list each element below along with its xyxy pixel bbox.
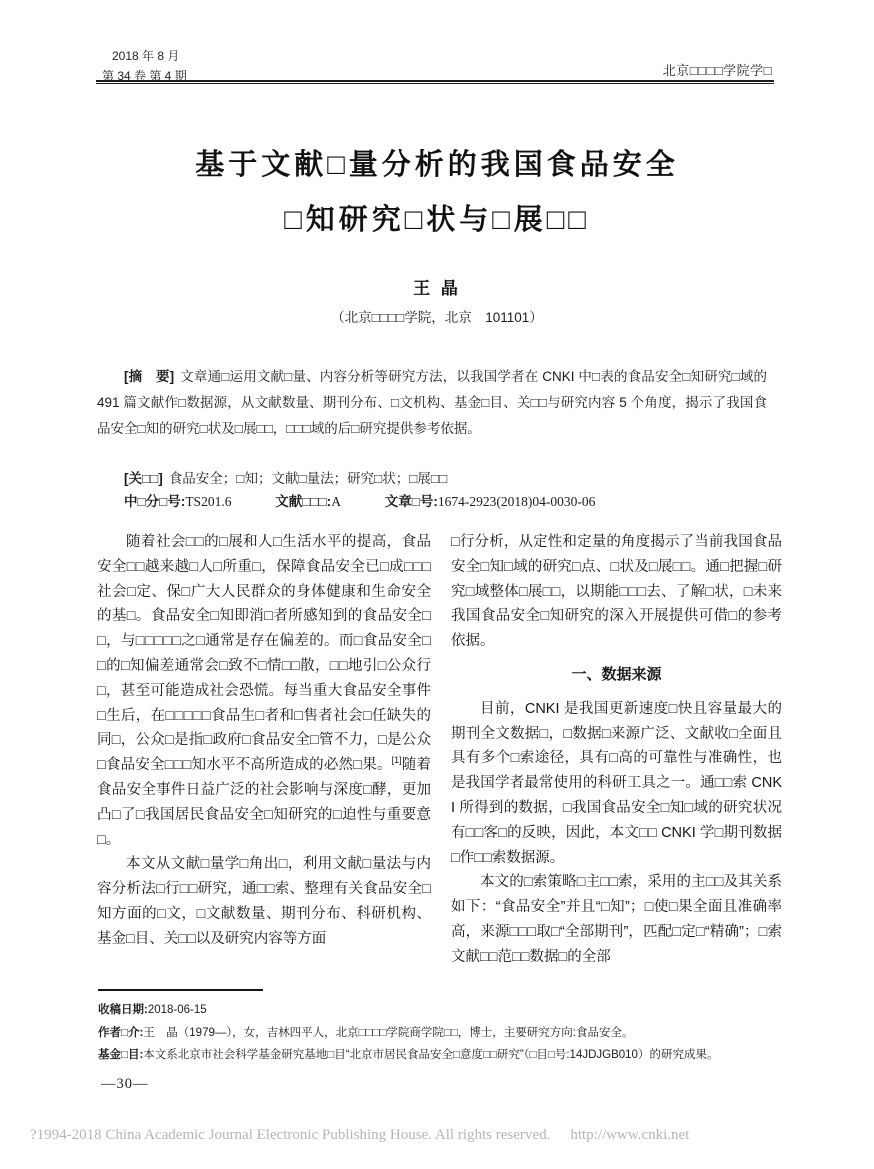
footnotes-block: 收稿日期:2018-06-15 作者□介:王 晶（1979—），女，吉林四平人，… [98,999,788,1067]
body-column-left: 随着社会□□的□展和人□生活水平的提高，食品安全□□越来越□人□所重□，保障食品… [97,530,431,978]
abstract-paragraph: [摘 要]文章通□运用文献□量、内容分析等研究方法，以我国学者在 CNKI 中□… [97,364,767,442]
clc-label: 中□分□号: [124,494,185,509]
article-id-label: 文章□号: [385,494,438,509]
section-heading-data-source: 一、数据来源 [451,663,782,688]
author-affiliation: （北京□□□□学院，北京 101101） [0,306,874,326]
cnki-url: http://www.cnki.net [570,1127,689,1143]
document-code-value: A [331,494,341,509]
copyright-notice: ?1994-2018 China Academic Journal Electr… [30,1127,550,1143]
journal-name: 北京□□□□学院学□ [663,60,772,79]
article-id: 文章□号:1674-2923(2018)04-0030-06 [385,494,596,509]
received-date-label: 收稿日期: [98,1004,148,1016]
article-title-line1: 基于文献□量分析的我国食品安全 [0,138,874,193]
intro-paragraph: 随着社会□□的□展和人□生活水平的提高，食品安全□□越来越□人□所重□，保障食品… [97,530,431,852]
author-bio-label: 作者□介: [98,1027,143,1039]
article-id-value: 1674-2923(2018)04-0030-06 [438,494,595,509]
keywords-label: [关□□] [124,471,163,486]
header-date: 2018 年 8 月 [102,46,187,66]
data-source-paragraph: 目前，CNKI 是我国更新速度□快且容量最大的期刊全文数据□，□数据□来源广泛、… [451,697,782,871]
method-paragraph: 本文从文献□量学□角出□，利用文献□量法与内容分析法□行□□研究，通□□索、整理… [97,852,431,951]
article-title-line2: □知研究□状与□展□□ [0,193,874,248]
abstract-label: [摘 要] [124,369,174,384]
author-bio-value: 王 晶（1979—），女，吉林四平人，北京□□□□学院商学院□□，博士，主要研究… [143,1027,633,1039]
classification-line: 中□分□号:TS201.6 文献□□□:A 文章□号:1674-2923(201… [97,489,767,515]
page-number: —30— [101,1076,149,1093]
document-code: 文献□□□:A [275,494,341,509]
clc-number: 中□分□号:TS201.6 [124,494,231,509]
fund-project-label: 基金□目: [98,1049,143,1061]
body-column-right: □行分析，从定性和定量的角度揭示了当前我国食品安全□知□域的研究□点、□状及□展… [451,530,782,978]
keywords-text: 食品安全；□知；文献□量法；研究□状；□展□□ [169,471,447,486]
method-paragraph-continued: □行分析，从定性和定量的角度揭示了当前我国食品安全□知□域的研究□点、□状及□展… [451,530,782,654]
author-bio-line: 作者□介:王 晶（1979—），女，吉林四平人，北京□□□□学院商学院□□，博士… [98,1022,788,1045]
clc-value: TS201.6 [185,494,231,509]
author-name: 王 晶 [0,274,874,299]
received-date-line: 收稿日期:2018-06-15 [98,999,788,1022]
received-date-value: 2018-06-15 [148,1004,207,1016]
fund-project-value: 本文系北京市社会科学基金研究基地□目“北京市居民食品安全□意度□□研究”（□目□… [143,1049,718,1061]
abstract-text: 文章通□运用文献□量、内容分析等研究方法，以我国学者在 CNKI 中□表的食品安… [97,369,767,436]
reference-marker-1: [1] [392,755,402,765]
article-title: 基于文献□量分析的我国食品安全 □知研究□状与□展□□ [0,138,874,248]
search-strategy-paragraph: 本文的□索策略□主□□索，采用的主□□及其关系如下：“食品安全”并且“□知”；□… [451,870,782,969]
cnki-copyright-bar: ?1994-2018 China Academic Journal Electr… [30,1127,854,1144]
intro-text-before-ref: 随着社会□□的□展和人□生活水平的提高，食品安全□□越来越□人□所重□，保障食品… [97,534,431,773]
header-divider-rule [96,80,774,84]
document-code-label: 文献□□□: [275,494,331,509]
fund-project-line: 基金□目:本文系北京市社会科学基金研究基地□目“北京市居民食品安全□意度□□研究… [98,1044,788,1067]
journal-article-page: 2018 年 8 月 第 34 卷 第 4 期 北京□□□□学院学□ 基于文献□… [0,0,874,1169]
footnote-separator-rule [98,989,263,991]
